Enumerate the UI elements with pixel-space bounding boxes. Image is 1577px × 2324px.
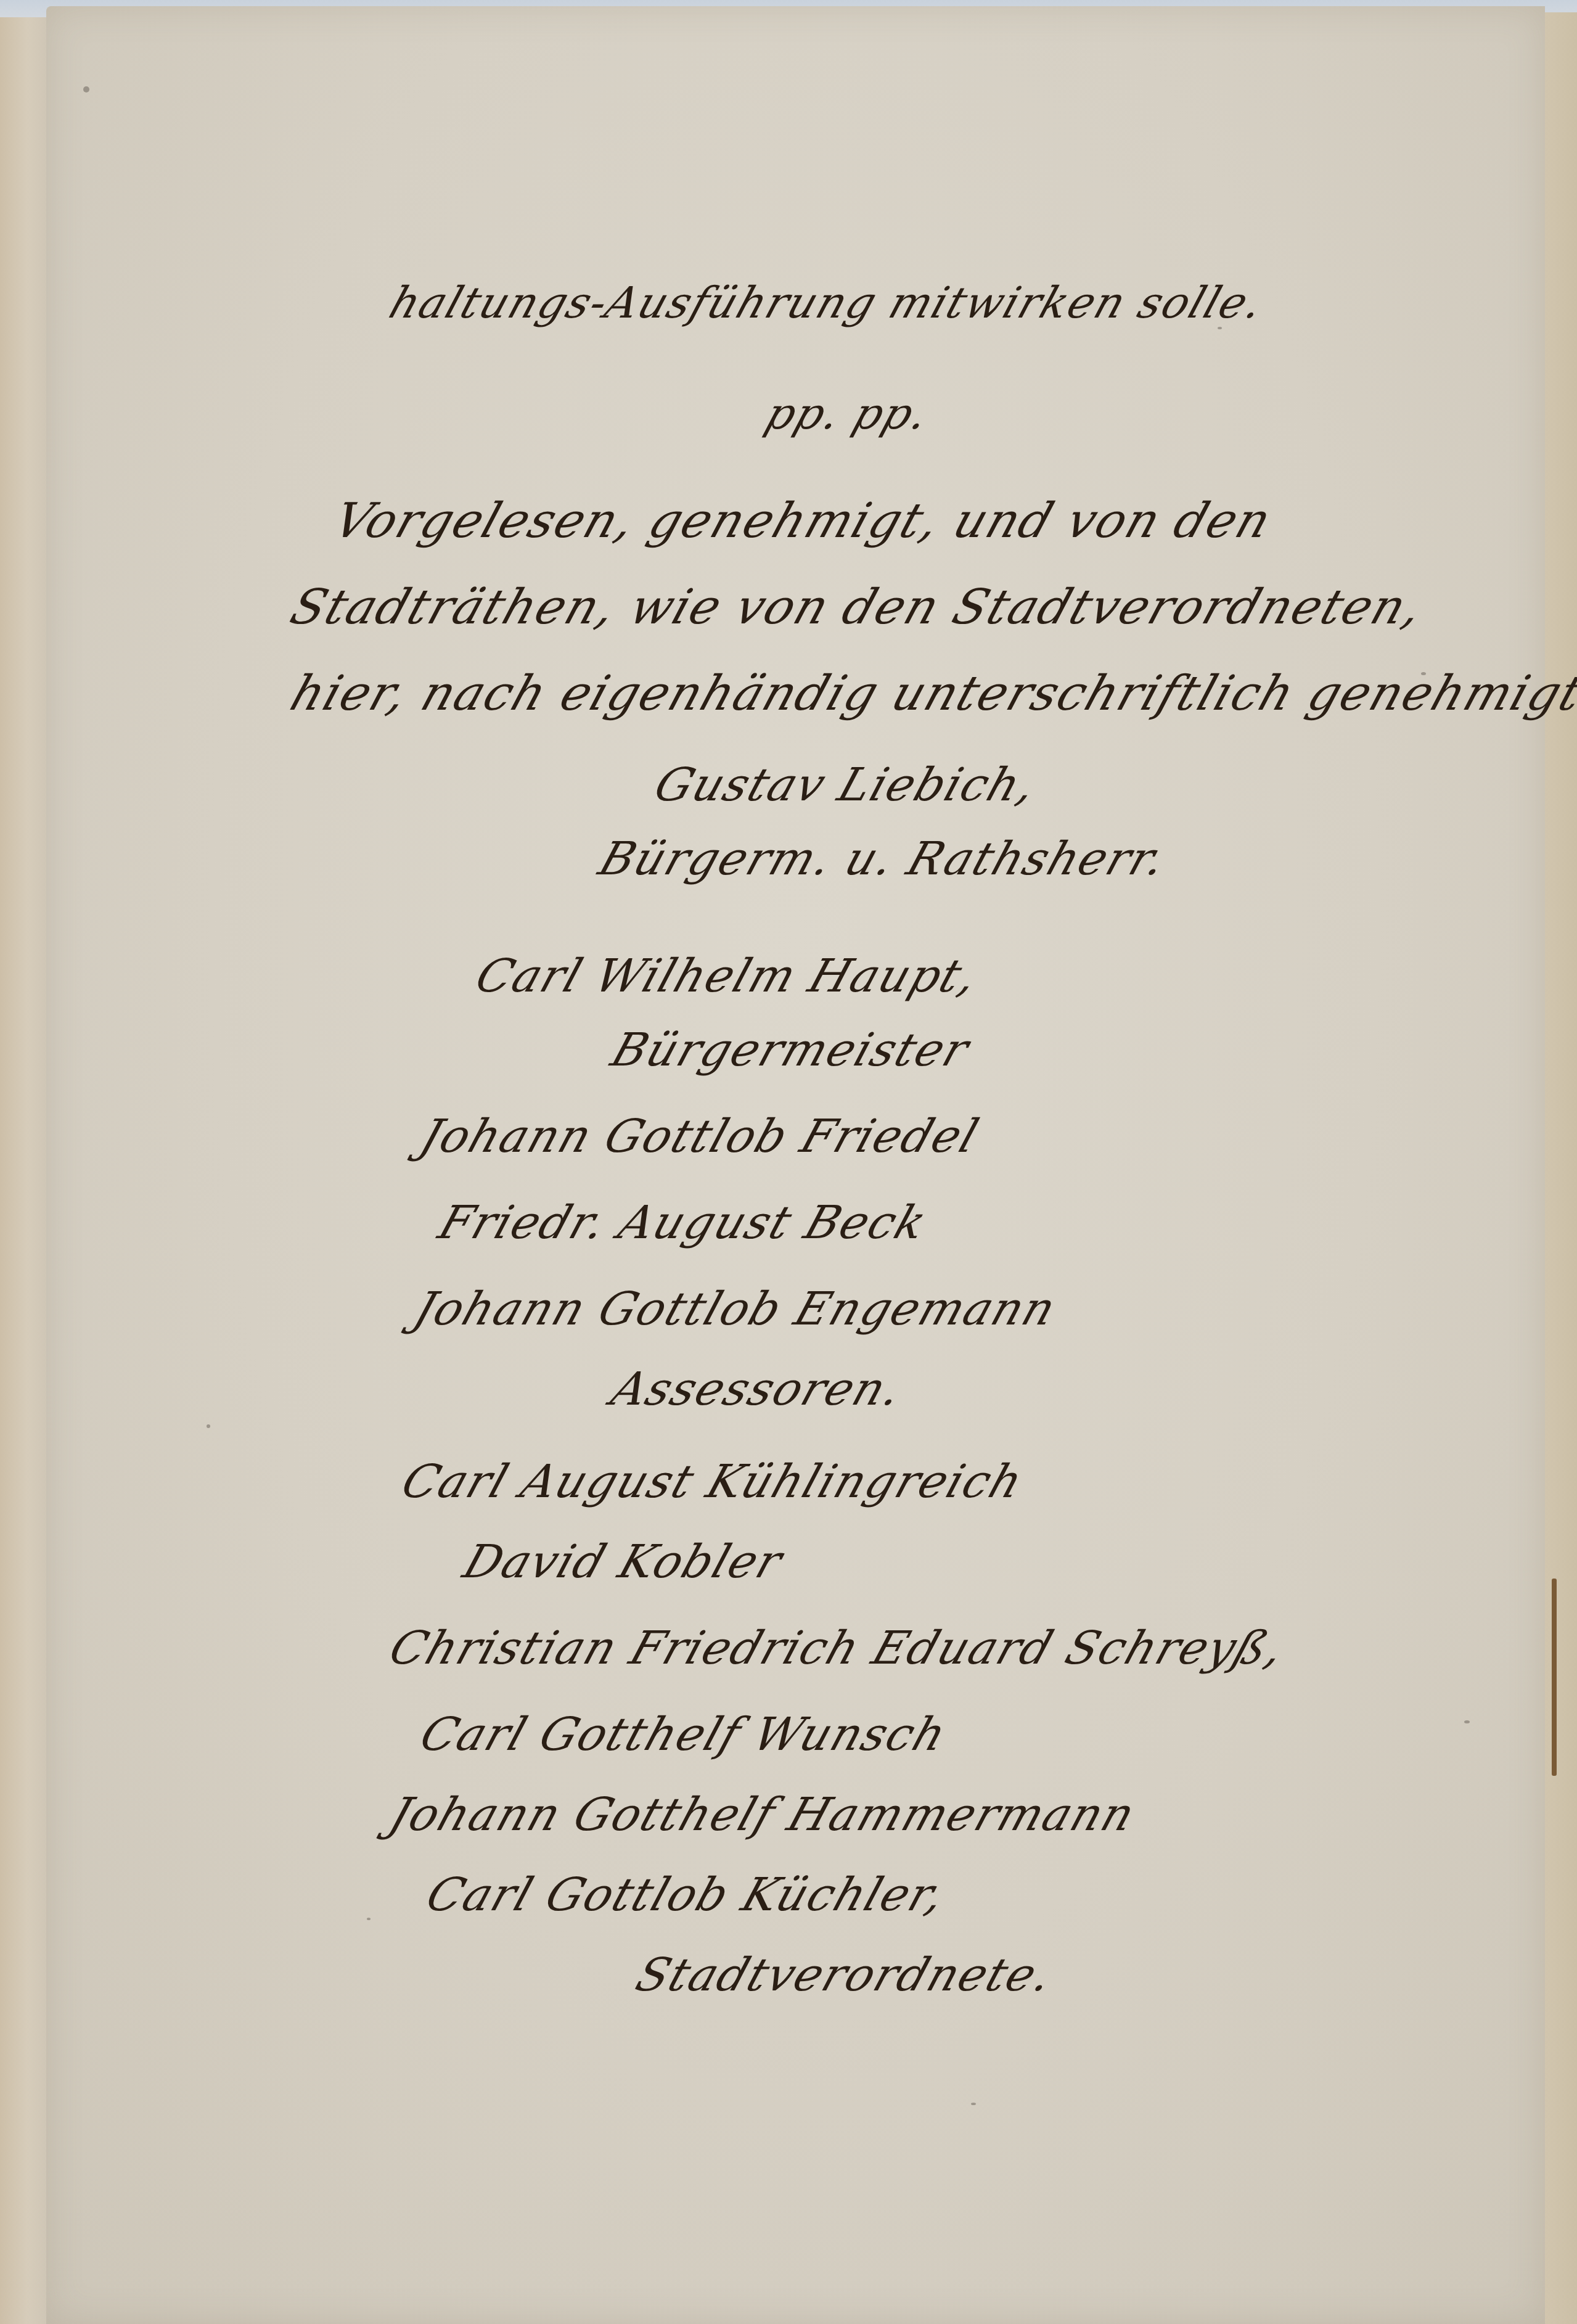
text-line-4: Stadträthen, wie von den Stadtverordnete… — [284, 580, 1430, 635]
signature-line: Carl Wilhelm Haupt, — [469, 950, 985, 1003]
signature-title-line: Bürgermeister — [605, 1024, 976, 1077]
signature-line: Carl August Kühlingreich — [395, 1455, 1030, 1508]
signature-line: Christian Friedrich Eduard Schreyß, — [383, 1622, 1292, 1675]
manuscript-page: haltungs-Ausführung mitwirken solle. pp.… — [46, 6, 1545, 2324]
signature-line: Carl Gotthelf Wunsch — [414, 1708, 954, 1761]
signature-title-line: Assessoren. — [605, 1363, 909, 1416]
signature-line: Johann Gottlob Friedel — [414, 1110, 986, 1163]
text-line-3: Vorgelesen, genehmigt, und von den — [327, 493, 1279, 549]
signature-line: David Kobler — [457, 1535, 790, 1588]
signature-title-line: Bürgerm. u. Rathsherr. — [592, 832, 1173, 885]
photo-scene: haltungs-Ausführung mitwirken solle. pp.… — [0, 0, 1577, 2324]
paper-speck — [367, 1918, 371, 1920]
paper-speck — [971, 2103, 976, 2105]
text-line-1: haltungs-Ausführung mitwirken solle. — [383, 277, 1271, 328]
signature-title-line: Stadtverordnete. — [629, 1948, 1060, 2002]
paper-speck — [83, 86, 89, 92]
facing-page-left-edge — [0, 17, 48, 2324]
signature-line: Carl Gottlob Küchler, — [420, 1868, 952, 1921]
signature-line: Johann Gotthelf Hammermann — [383, 1788, 1142, 1841]
facing-page-right-edge — [1545, 12, 1577, 2324]
text-line-2-pp: pp. pp. — [760, 388, 936, 439]
binding-thread — [1552, 1579, 1557, 1776]
signature-line: Friedr. August Beck — [432, 1196, 934, 1249]
paper-speck — [207, 1424, 210, 1428]
signature-line: Johann Gottlob Engemann — [408, 1283, 1063, 1336]
paper-speck — [1464, 1720, 1470, 1723]
text-line-5: hier, nach eigenhändig unterschriftlich … — [284, 666, 1577, 721]
signature-line: Gustav Liebich, — [648, 758, 1044, 811]
